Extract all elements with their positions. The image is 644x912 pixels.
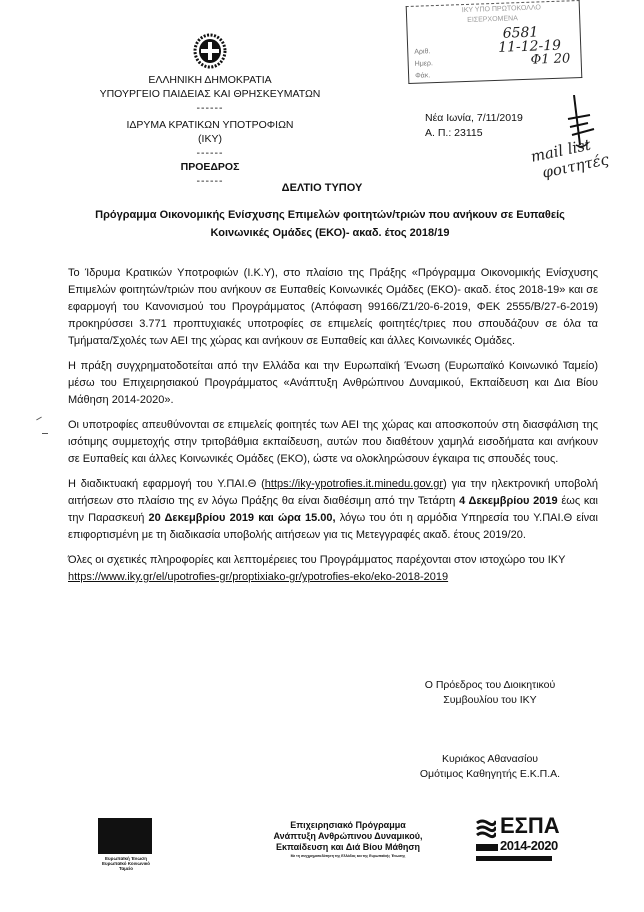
subtitle-line-2: Κοινωνικές Ομάδες (ΕΚΟ)- ακαδ. έτος 2018… — [40, 224, 620, 242]
stamp-label-date: Ημερ. — [415, 60, 433, 68]
espa-title: ΕΣΠΑ — [500, 814, 560, 838]
signature-role: Ο Πρόεδρος του Διοικητικού Συμβουλίου το… — [370, 678, 610, 708]
stamp-label-arith: Αριθ. — [414, 48, 430, 56]
protocol-number: Α. Π.: 23115 — [425, 126, 523, 141]
p5-text: Όλες οι σχετικές πληροφορίες και λεπτομέ… — [68, 554, 565, 566]
paragraph-3: Οι υποτροφίες απευθύνονται σε επιμελείς … — [68, 417, 598, 468]
op-line-2: Ανάπτυξη Ανθρώπινου Δυναμικού, — [238, 831, 458, 842]
stamp-label-fak: Φάκ. — [415, 72, 430, 80]
iky-program-link[interactable]: https://www.iky.gr/el/upotrofies-gr/prop… — [68, 571, 448, 583]
margin-mark — [42, 433, 48, 434]
stamp-top-text-2: ΕΙΣΕΡΧΟΜΕΝΑ — [467, 15, 518, 24]
header-org-abbr: (ΙΚΥ) — [60, 132, 360, 146]
header-office: ΠΡΟΕΔΡΟΣ — [60, 160, 360, 174]
application-portal-link[interactable]: https://iky-ypotrofies.it.minedu.gov.gr — [265, 478, 443, 490]
eu-label: Ευρωπαϊκή Ένωση Ευρωπαϊκό Κοινωνικό Ταμε… — [96, 856, 156, 871]
signature-role-line-1: Ο Πρόεδρος του Διοικητικού — [370, 678, 610, 693]
signatory: Κυριάκος Αθανασίου Ομότιμος Καθηγητής Ε.… — [370, 752, 610, 782]
paragraph-2: Η πράξη συγχρηματοδοτείται από την Ελλάδ… — [68, 358, 598, 409]
op-line-1: Επιχειρησιακό Πρόγραμμα — [238, 820, 458, 831]
date-protocol-block: Νέα Ιωνία, 7/11/2019 Α. Π.: 23115 — [425, 111, 523, 141]
greek-coat-of-arms-icon — [193, 33, 227, 69]
header-line-1: ΕΛΛΗΝΙΚΗ ΔΗΜΟΚΡΑΤΙΑ — [60, 73, 360, 87]
stamp-value-fak: Φ1 20 — [530, 51, 570, 67]
op-line-4: Με τη συγχρηματοδότηση της Ελλάδας και τ… — [238, 853, 458, 859]
header-separator-2: ------ — [60, 146, 360, 160]
espa-years: 2014-2020 — [500, 839, 558, 853]
ministry-header: ΕΛΛΗΝΙΚΗ ΔΗΜΟΚΡΑΤΙΑ ΥΠΟΥΡΓΕΙΟ ΠΑΙΔΕΙΑΣ Κ… — [60, 73, 360, 188]
start-date: 4 Δεκεμβρίου 2019 — [459, 495, 558, 507]
document-body: Το Ίδρυμα Κρατικών Υποτροφιών (Ι.Κ.Υ), σ… — [68, 265, 598, 594]
signature-role-line-2: Συμβουλίου του ΙΚΥ — [370, 693, 610, 708]
eu-flag-icon — [98, 818, 152, 854]
header-line-2: ΥΠΟΥΡΓΕΙΟ ΠΑΙΔΕΙΑΣ ΚΑΙ ΘΡΗΣΚΕΥΜΑΤΩΝ — [60, 87, 360, 101]
handwritten-note: mail list φοιτητές — [529, 133, 610, 184]
stamp-top-text-1: ΙΚΥ ΥΠΟ ΠΡΩΤΟΚΟΛΛΟ — [462, 4, 541, 14]
espa-flags-icon — [476, 844, 498, 851]
place-date: Νέα Ιωνία, 7/11/2019 — [425, 111, 523, 126]
op-line-3: Εκπαίδευση και Διά Βίου Μάθηση — [238, 842, 458, 853]
operational-programme-logo: Επιχειρησιακό Πρόγραμμα Ανάπτυξη Ανθρώπι… — [238, 820, 458, 859]
document-subtitle: Πρόγραμμα Οικονομικής Ενίσχυσης Επιμελών… — [40, 206, 620, 242]
header-org: ΙΔΡΥΜΑ ΚΡΑΤΙΚΩΝ ΥΠΟΤΡΟΦΙΩΝ — [60, 118, 360, 132]
p4-text-a: Η διαδικτυακή εφαρμογή του Υ.ΠΑΙ.Θ ( — [68, 478, 265, 490]
protocol-stamp: ΙΚΥ ΥΠΟ ΠΡΩΤΟΚΟΛΛΟ ΕΙΣΕΡΧΟΜΕΝΑ Αριθ. Ημε… — [406, 0, 583, 84]
espa-bar — [476, 856, 552, 861]
document-title: ΔΕΛΤΙΟ ΤΥΠΟΥ — [0, 182, 644, 194]
paragraph-4: Η διαδικτυακή εφαρμογή του Υ.ΠΑΙ.Θ (http… — [68, 476, 598, 544]
espa-waves-icon — [476, 818, 496, 840]
header-separator: ------ — [60, 101, 360, 115]
signatory-name: Κυριάκος Αθανασίου — [370, 752, 610, 767]
paragraph-1: Το Ίδρυμα Κρατικών Υποτροφιών (Ι.Κ.Υ), σ… — [68, 265, 598, 350]
signatory-title: Ομότιμος Καθηγητής Ε.Κ.Π.Α. — [370, 767, 610, 782]
eu-label-2: Ευρωπαϊκό Κοινωνικό Ταμείο — [96, 861, 156, 871]
margin-mark — [36, 417, 42, 421]
subtitle-line-1: Πρόγραμμα Οικονομικής Ενίσχυσης Επιμελών… — [40, 206, 620, 224]
paragraph-5: Όλες οι σχετικές πληροφορίες και λεπτομέ… — [68, 552, 598, 586]
end-date: 20 Δεκεμβρίου 2019 και ώρα 15.00, — [149, 512, 336, 524]
